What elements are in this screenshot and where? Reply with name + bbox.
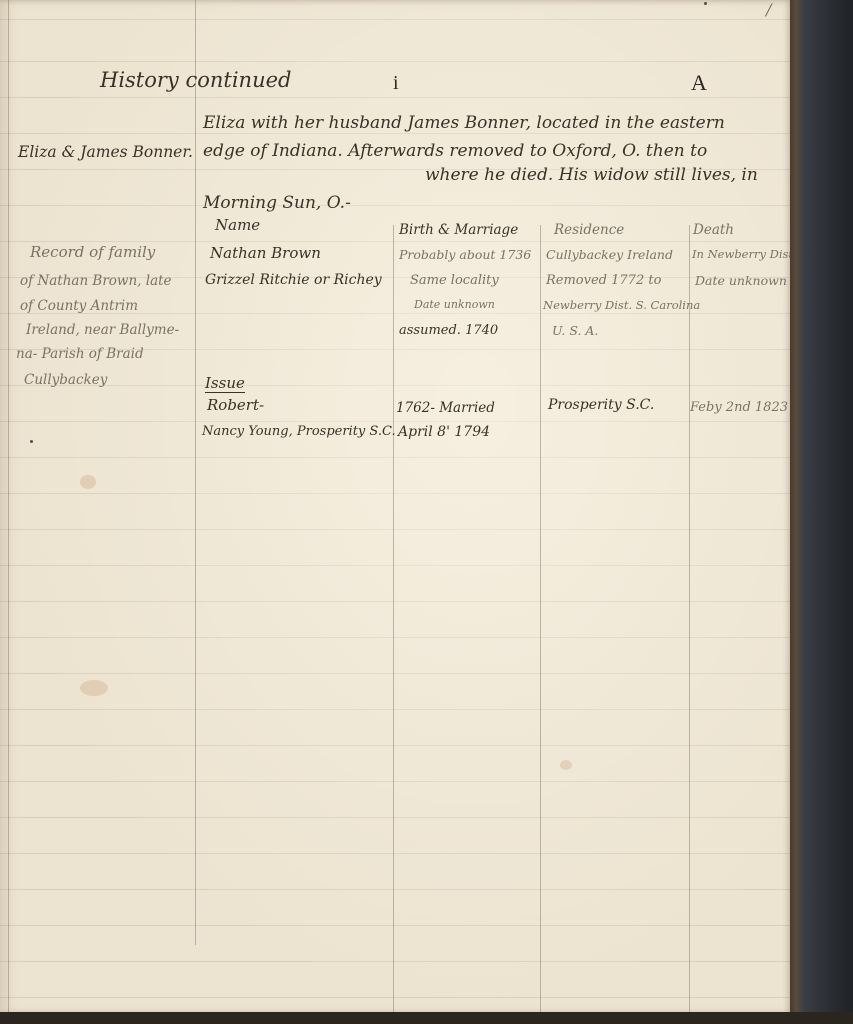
parent-1-birth: Probably about 1736 [399, 247, 531, 262]
page-number-mark: i [393, 72, 399, 95]
paper-stain [80, 680, 108, 696]
margin-record-line-1: Record of family [30, 243, 155, 261]
residence-country: U. S. A. [552, 323, 598, 338]
residence-continued: Newberry Dist. S. Carolina [543, 298, 700, 312]
narrative-line-4: Morning Sun, O.- [203, 193, 351, 213]
column-header-death: Death [693, 222, 734, 238]
column-rule-margin [8, 0, 9, 1014]
margin-record-line-4: Ireland, near Ballyme- [26, 322, 179, 338]
column-rule-death [689, 225, 690, 1014]
column-header-residence: Residence [554, 222, 624, 238]
issue-2-name: Nancy Young, Prosperity S.C. [202, 424, 396, 439]
column-rule-residence [540, 225, 541, 1014]
paper-stain [80, 475, 96, 489]
corner-mark: / [766, 0, 771, 19]
narrative-line-1: Eliza with her husband James Bonner, loc… [203, 113, 725, 133]
issue-1-residence: Prosperity S.C. [548, 397, 654, 413]
parent-1-name: Nathan Brown [210, 244, 321, 262]
parent-2-residence: Removed 1772 to [546, 273, 661, 288]
column-rule-birth [393, 225, 394, 1014]
margin-record-line-3: of County Antrim [20, 298, 138, 314]
parent-2-birth: Same locality [410, 273, 499, 288]
issue-label: Issue [205, 374, 245, 393]
column-rule-name [195, 0, 196, 945]
paper-stain [560, 760, 572, 770]
issue-1-name: Robert- [207, 396, 264, 414]
ledger-page: History continued i A / Eliza & James Bo… [0, 0, 792, 1014]
parent-2-name: Grizzel Ritchie or Richey [205, 272, 382, 288]
margin-record-line-6: Cullybackey [24, 372, 107, 388]
book-binding-edge [790, 0, 853, 1024]
issue-2-birth: April 8' 1794 [398, 424, 490, 440]
parent-1-residence: Cullybackey Ireland [546, 247, 673, 262]
ink-speck [30, 440, 33, 443]
margin-record-line-5: na- Parish of Braid [16, 346, 144, 362]
ink-speck [704, 2, 707, 5]
margin-note-bonner: Eliza & James Bonner. [18, 143, 193, 161]
marriage-assumed: assumed. 1740 [399, 323, 498, 338]
column-header-name: Name [215, 216, 260, 234]
birth-date-unknown: Date unknown [414, 298, 495, 311]
page-heading: History continued [100, 68, 291, 92]
margin-record-line-2: of Nathan Brown, late [20, 273, 172, 289]
issue-1-birth: 1762- Married [396, 400, 495, 416]
parent-1-death: In Newberry Dist [692, 247, 793, 261]
page-letter: A [691, 70, 707, 96]
parent-2-death: Date unknown [695, 273, 787, 288]
narrative-line-3: where he died. His widow still lives, in [425, 165, 758, 185]
column-header-birth: Birth & Marriage [399, 222, 518, 238]
narrative-line-2: edge of Indiana. Afterwards removed to O… [203, 141, 707, 161]
issue-1-death: Feby 2nd 1823 [690, 400, 788, 415]
book-binding-bottom [0, 1012, 853, 1024]
